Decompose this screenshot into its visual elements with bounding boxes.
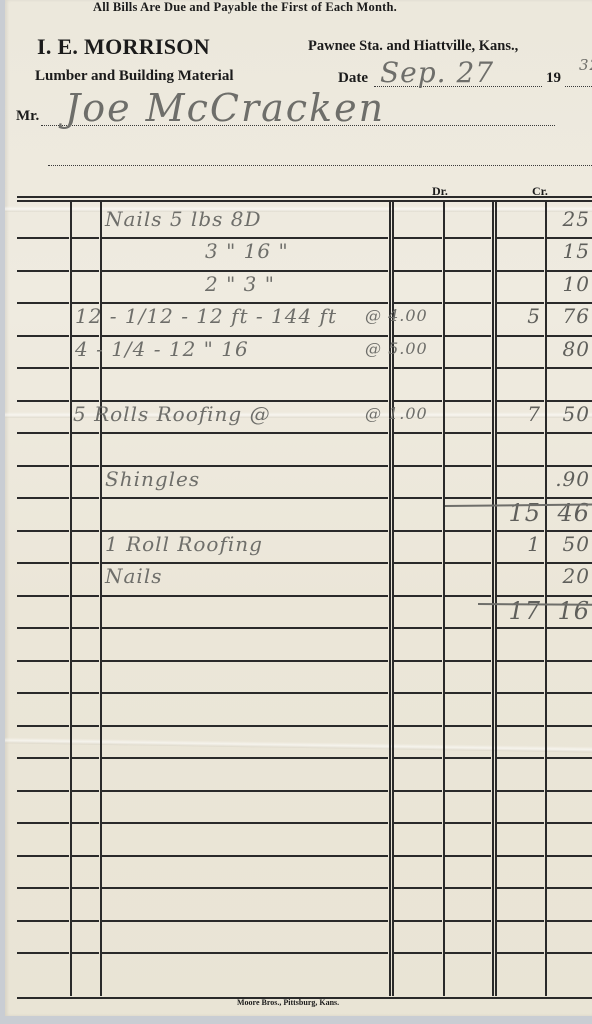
row-rule [17,627,69,629]
date-value: Sep. 27 [380,56,494,89]
row-rule [445,497,491,499]
row-rule [17,920,69,922]
customer-name: Joe McCracken [65,86,385,130]
row-rule [72,432,99,434]
credit-cents: 15 [548,239,590,263]
row-rule [445,725,491,727]
row-rule [102,692,388,694]
row-rule [102,627,388,629]
row-rule [497,562,544,564]
row-rule [394,855,442,857]
row-rule [72,465,99,467]
company-name: I. E. MORRISON [37,34,210,60]
row-rule [17,530,69,532]
header-rule [17,200,592,202]
credit-cents: 10 [548,272,590,296]
row-rule [102,790,388,792]
row-rule [394,887,442,889]
row-rule [394,562,442,564]
row-rule [445,627,491,629]
row-rule [445,270,491,272]
item-description: 5 Rolls Roofing @ [73,402,271,426]
column-divider [545,202,547,996]
row-rule [547,855,592,857]
row-rule [445,660,491,662]
column-divider [70,202,72,996]
row-rule [445,237,491,239]
credit-dollars: 17 [497,597,541,625]
row-rule [17,302,69,304]
row-rule [445,302,491,304]
row-rule [17,595,69,597]
row-rule [102,595,388,597]
header-rule [17,196,592,198]
year-prefix: 19 [546,70,561,87]
year-line [565,86,592,87]
row-rule [17,562,69,564]
row-rule [17,465,69,467]
row-rule [394,465,442,467]
row-rule [497,432,544,434]
row-rule [445,757,491,759]
row-rule [17,790,69,792]
row-rule [72,595,99,597]
row-rule [394,367,442,369]
row-rule [547,920,592,922]
row-rule [497,725,544,727]
row-rule [445,595,491,597]
row-rule [497,237,544,239]
column-divider [492,202,494,996]
row-rule [445,790,491,792]
row-rule [17,270,69,272]
row-rule [72,237,99,239]
row-rule [445,692,491,694]
row-rule [547,660,592,662]
row-rule [497,920,544,922]
row-rule [102,497,388,499]
row-rule [445,887,491,889]
item-description: Nails [105,564,162,588]
row-rule [547,627,592,629]
item-description: 12 - 1/12 - 12 ft - 144 ft [75,304,337,328]
row-rule [394,757,442,759]
row-rule [445,920,491,922]
item-description: Nails 5 lbs 8D [105,207,262,231]
row-rule [445,952,491,954]
row-rule [102,725,388,727]
row-rule [394,627,442,629]
bill-paper: All Bills Are Due and Payable the First … [5,0,592,1016]
item-description: Shingles [105,467,200,491]
row-rule [497,790,544,792]
row-rule [17,725,69,727]
row-rule [102,952,388,954]
row-rule [394,530,442,532]
payment-notice: All Bills Are Due and Payable the First … [93,0,397,15]
credit-dollars: 5 [497,304,541,328]
row-rule [72,822,99,824]
row-rule [497,887,544,889]
row-rule [102,855,388,857]
row-rule [394,952,442,954]
item-description: 4 - 1/4 - 12 " 16 [75,337,249,361]
item-description: 1 Roll Roofing [105,532,263,556]
row-rule [394,302,442,304]
item-rate: @ 1.00 [365,404,428,423]
row-rule [497,855,544,857]
row-rule [394,822,442,824]
row-rule [445,367,491,369]
row-rule [17,887,69,889]
item-description: 3 " 16 " [205,239,289,263]
item-description: 2 " 3 " [205,272,275,296]
row-rule [445,465,491,467]
credit-cents: 76 [548,304,590,328]
paper-fold [5,737,592,752]
row-rule [72,920,99,922]
credit-cents: .90 [548,467,590,491]
row-rule [17,692,69,694]
row-rule [497,822,544,824]
row-rule [72,367,99,369]
column-divider [443,202,445,996]
row-rule [394,497,442,499]
row-rule [497,627,544,629]
row-rule [547,757,592,759]
row-rule [394,595,442,597]
row-rule [102,432,388,434]
row-rule [497,692,544,694]
row-rule [72,790,99,792]
row-rule [445,822,491,824]
credit-cents: 50 [548,402,590,426]
row-rule [17,855,69,857]
row-rule [72,757,99,759]
credit-dollars: 1 [497,532,541,556]
company-tagline: Lumber and Building Material [35,68,234,85]
row-rule [72,692,99,694]
row-rule [394,432,442,434]
customer-label: Mr. [16,108,39,125]
row-rule [394,692,442,694]
row-rule [17,432,69,434]
row-rule [72,887,99,889]
row-rule [17,660,69,662]
credit-dollars: 7 [497,402,541,426]
row-rule [72,725,99,727]
row-rule [547,432,592,434]
row-rule [497,660,544,662]
row-rule [547,822,592,824]
company-location: Pawnee Sta. and Hiattville, Kans., [308,38,518,55]
row-rule [547,367,592,369]
row-rule [72,497,99,499]
row-rule [497,952,544,954]
row-rule [102,887,388,889]
row-rule [17,237,69,239]
row-rule [72,530,99,532]
row-rule [102,367,388,369]
row-rule [547,790,592,792]
row-rule [17,400,69,402]
item-rate: @ 5.00 [365,339,428,358]
row-rule [547,952,592,954]
row-rule [17,497,69,499]
row-rule [102,757,388,759]
row-rule [394,400,442,402]
row-rule [445,855,491,857]
row-rule [102,822,388,824]
row-rule [17,335,69,337]
item-rate: @ 4.00 [365,306,428,325]
row-rule [17,952,69,954]
row-rule [102,660,388,662]
row-rule [497,367,544,369]
row-rule [17,367,69,369]
row-rule [445,562,491,564]
row-rule [497,757,544,759]
address-line [48,165,592,166]
credit-cents: 20 [548,564,590,588]
row-rule [497,335,544,337]
row-rule [394,270,442,272]
row-rule [547,725,592,727]
year-suffix: 32 [579,56,592,74]
row-rule [445,432,491,434]
credit-cents: 16 [548,597,590,625]
credit-cents: 80 [548,337,590,361]
row-rule [72,952,99,954]
credit-cents: 25 [548,207,590,231]
row-rule [394,660,442,662]
row-rule [445,335,491,337]
row-rule [445,400,491,402]
date-label: Date [338,70,368,87]
row-rule [497,270,544,272]
row-rule [394,790,442,792]
row-rule [72,270,99,272]
row-rule [394,237,442,239]
row-rule [72,627,99,629]
row-rule [394,920,442,922]
row-rule [497,465,544,467]
row-rule [445,530,491,532]
row-rule [72,562,99,564]
row-rule [547,692,592,694]
row-rule [72,855,99,857]
row-rule [394,725,442,727]
row-rule [72,660,99,662]
row-rule [547,887,592,889]
row-rule [102,920,388,922]
row-rule [17,757,69,759]
row-rule [17,822,69,824]
printer-footer: Moore Bros., Pittsburg, Kans. [237,998,339,1007]
row-rule [394,335,442,337]
credit-cents: 50 [548,532,590,556]
paper-fold [5,206,592,212]
